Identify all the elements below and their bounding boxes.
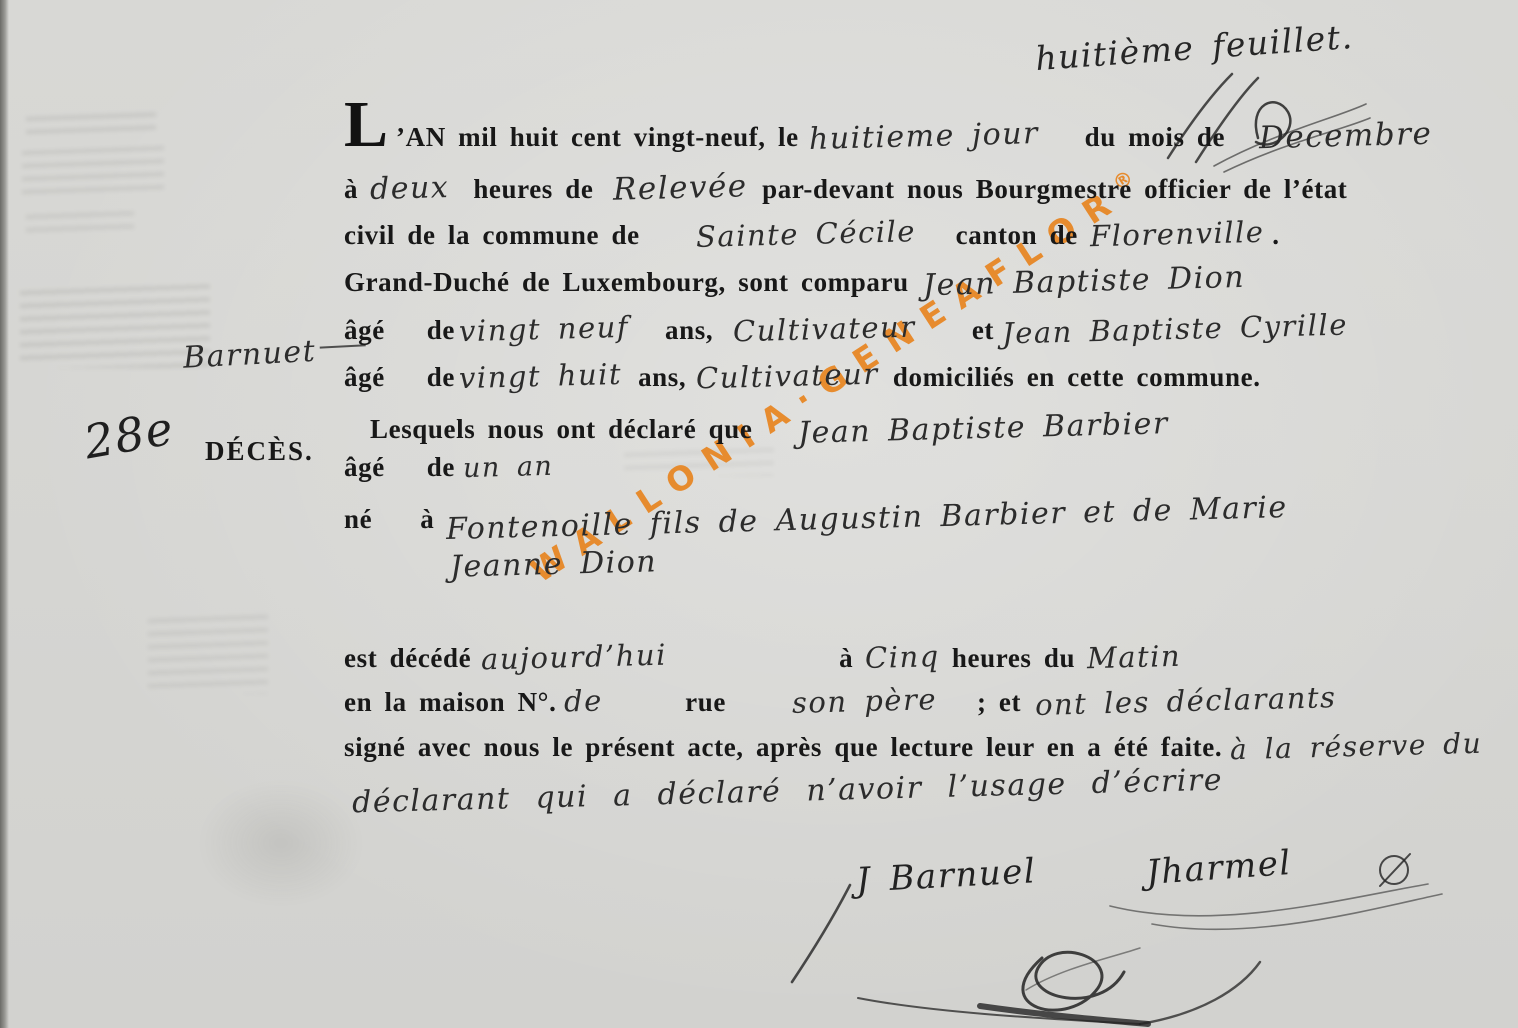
handwritten-text: aujourd’hui (481, 638, 668, 677)
handwritten-text: Jean Baptiste Barbier (798, 406, 1170, 451)
body-line-1: ’AN mil huit cent vingt-neuf, lehuitieme… (396, 118, 1432, 154)
printed-text: par-devant nous Bourgmestre officier de … (762, 174, 1347, 204)
printed-text: est décédé (344, 643, 471, 673)
printed-text: canton de (956, 220, 1078, 250)
printed-text: âgé (344, 315, 385, 345)
printed-text: âgé (344, 452, 385, 482)
body-line-5: âgédevingt neufans,CultivateuretJean Bap… (344, 312, 1348, 346)
printed-text: ’AN mil huit cent vingt-neuf, le (396, 122, 799, 152)
printed-text: et (972, 315, 994, 345)
handwritten-text: Cinq (865, 639, 941, 675)
handwritten-text: son père (792, 682, 938, 720)
printed-text: civil de la commune de (344, 220, 640, 250)
handwritten-text: Jean Baptiste Cyrille (1002, 307, 1349, 350)
printed-text: ; et (977, 687, 1021, 717)
printed-text: ans, (638, 362, 686, 392)
body-line-8: âgédeun an (344, 452, 553, 483)
handwritten-text: de (564, 683, 604, 718)
body-line-4: Grand-Duché de Luxembourg, sont comparuJ… (344, 264, 1245, 299)
printed-text: de (427, 452, 455, 482)
body-line-3: civil de la commune deSainte Cécilecanto… (344, 217, 1280, 251)
printed-text: à (344, 174, 358, 204)
printed-text: de (427, 362, 455, 392)
handwritten-text: Jeanne Dion (450, 544, 658, 584)
handwritten-text: Cultivateur (733, 310, 916, 349)
body-line-14: déclarant qui a déclaré n’avoir l’usage … (352, 774, 1223, 809)
printed-text: Grand-Duché de Luxembourg, sont comparu (344, 267, 909, 297)
handwritten-text: Matin (1087, 639, 1182, 675)
handwritten-text: vingt huit (459, 357, 623, 395)
dropcap-initial: L (344, 92, 388, 158)
printed-text: Lesquels nous ont déclaré que (370, 414, 752, 444)
body-line-13: signé avec nous le présent acte, après q… (344, 730, 1482, 763)
handwritten-text: huitieme jour (808, 116, 1039, 157)
printed-text: de (427, 315, 455, 345)
handwritten-text: Jean Baptiste Dion (922, 260, 1245, 303)
printed-text: domiciliés en cette commune. (893, 362, 1261, 392)
printed-text: . (1272, 220, 1279, 250)
body-line-7: Lesquels nous ont déclaré queJean Baptis… (370, 411, 1169, 446)
printed-text: heures de (473, 174, 593, 204)
printed-text: rue (685, 687, 726, 717)
printed-text: en la maison N°. (344, 687, 556, 717)
body-line-11: est décédéaujourd’huiàCinqheures duMatin (344, 640, 1181, 674)
body-line-6: âgédevingt huitans,Cultivateurdomiciliés… (344, 359, 1261, 393)
act-type-label: DÉCÈS. (205, 436, 314, 467)
body-line-12: en la maison N°.derueson père; etont les… (344, 684, 1337, 718)
handwritten-text: Cultivateur (696, 357, 879, 396)
printed-text: du mois de (1085, 122, 1226, 152)
body-line-9: néàFontenoille fils de Augustin Barbier … (344, 501, 1288, 536)
bottom-flourish (840, 960, 1320, 1028)
handwritten-text: Decembre (1259, 116, 1433, 157)
printed-text: âgé (344, 362, 385, 392)
printed-text: né (344, 504, 372, 534)
printed-text: à (839, 643, 853, 673)
handwritten-text: Sainte Cécile (695, 214, 916, 254)
printed-text: signé avec nous le présent acte, après q… (344, 732, 1222, 762)
handwritten-text: Florenville (1089, 215, 1264, 254)
printed-text: ans, (665, 315, 713, 345)
handwritten-text: ont les déclarants (1035, 680, 1337, 722)
body-line-10: Jeanne Dion (450, 547, 657, 582)
printed-text: heures du (952, 643, 1075, 673)
page-left-edge (0, 0, 9, 1028)
handwritten-text: deux (370, 170, 450, 207)
body-line-2: àdeuxheures deRelevéepar-devant nous Bou… (344, 170, 1347, 206)
printed-text: à (420, 504, 434, 534)
handwritten-text: un an (463, 451, 554, 484)
handwritten-text: vingt neuf (459, 310, 630, 348)
handwritten-text: à la réserve du (1230, 727, 1483, 767)
handwritten-text: Relevée (613, 168, 749, 208)
